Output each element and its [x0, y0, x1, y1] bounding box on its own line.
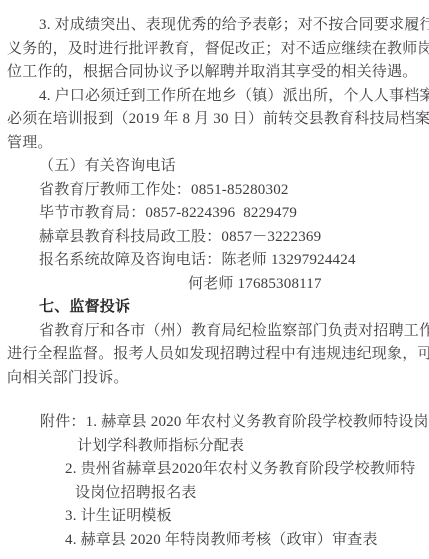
attachments-block: 附件：1. 赫章县 2020 年农村义务教育阶段学校教师特设岗位 计划学科教师指…	[7, 411, 409, 552]
paragraph-line: 省教育厅和各市（州）教育局纪检监察部门负责对招聘工作	[7, 320, 409, 344]
phone-line: 报名系统故障及咨询电话：陈老师 13297924424	[7, 249, 409, 273]
phone-continuation-line: 何老师 17685308117	[7, 273, 409, 297]
paragraph-line: 管理。	[7, 132, 409, 156]
paragraph-line: 4. 户口必须迁到工作所在地乡（镇）派出所，个人人事档案	[7, 85, 409, 109]
section-heading: 七、监督投诉	[7, 296, 409, 320]
attachment-row: 计划学科教师指标分配表	[7, 435, 409, 459]
phone-line: 毕节市教育局：0857-8224396 8229479	[7, 202, 409, 226]
phone-line: 赫章县教育科技局政工股：0857－3222369	[7, 226, 409, 250]
attachment-row: 设岗位招聘报名表	[7, 482, 409, 506]
attachment-row: 4. 赫章县 2020 年特岗教师考核（政审）审查表	[7, 529, 409, 553]
attachment-row: 附件：1. 赫章县 2020 年农村义务教育阶段学校教师特设岗位	[7, 411, 409, 435]
paragraph-line: 进行全程监督。报考人员如发现招聘过程中有违规违纪现象，可	[7, 343, 409, 367]
paragraph-line: 位工作的，根据合同协议予以解聘并取消其享受的相关待遇。	[7, 61, 409, 85]
paragraph-line: 义务的，及时进行批评教育，督促改正；对不适应继续在教师岗	[7, 38, 409, 62]
attachment-row: 3. 计生证明模板	[7, 505, 409, 529]
paragraph-line: 向相关部门投诉。	[7, 367, 409, 391]
paragraph-line: 3. 对成绩突出、表现优秀的给予表彰；对不按合同要求履行	[7, 14, 409, 38]
document-page: 3. 对成绩突出、表现优秀的给予表彰；对不按合同要求履行 义务的，及时进行批评教…	[0, 0, 429, 559]
phone-line: 省教育厅教师工作处：0851-85280302	[7, 179, 409, 203]
subsection-heading: （五）有关咨询电话	[7, 155, 409, 179]
paragraph-line: 必须在培训报到（2019 年 8 月 30 日）前转交县教育科技局档案股	[7, 108, 409, 132]
attachment-row: 2. 贵州省赫章县2020年农村义务教育阶段学校教师特	[7, 458, 409, 482]
